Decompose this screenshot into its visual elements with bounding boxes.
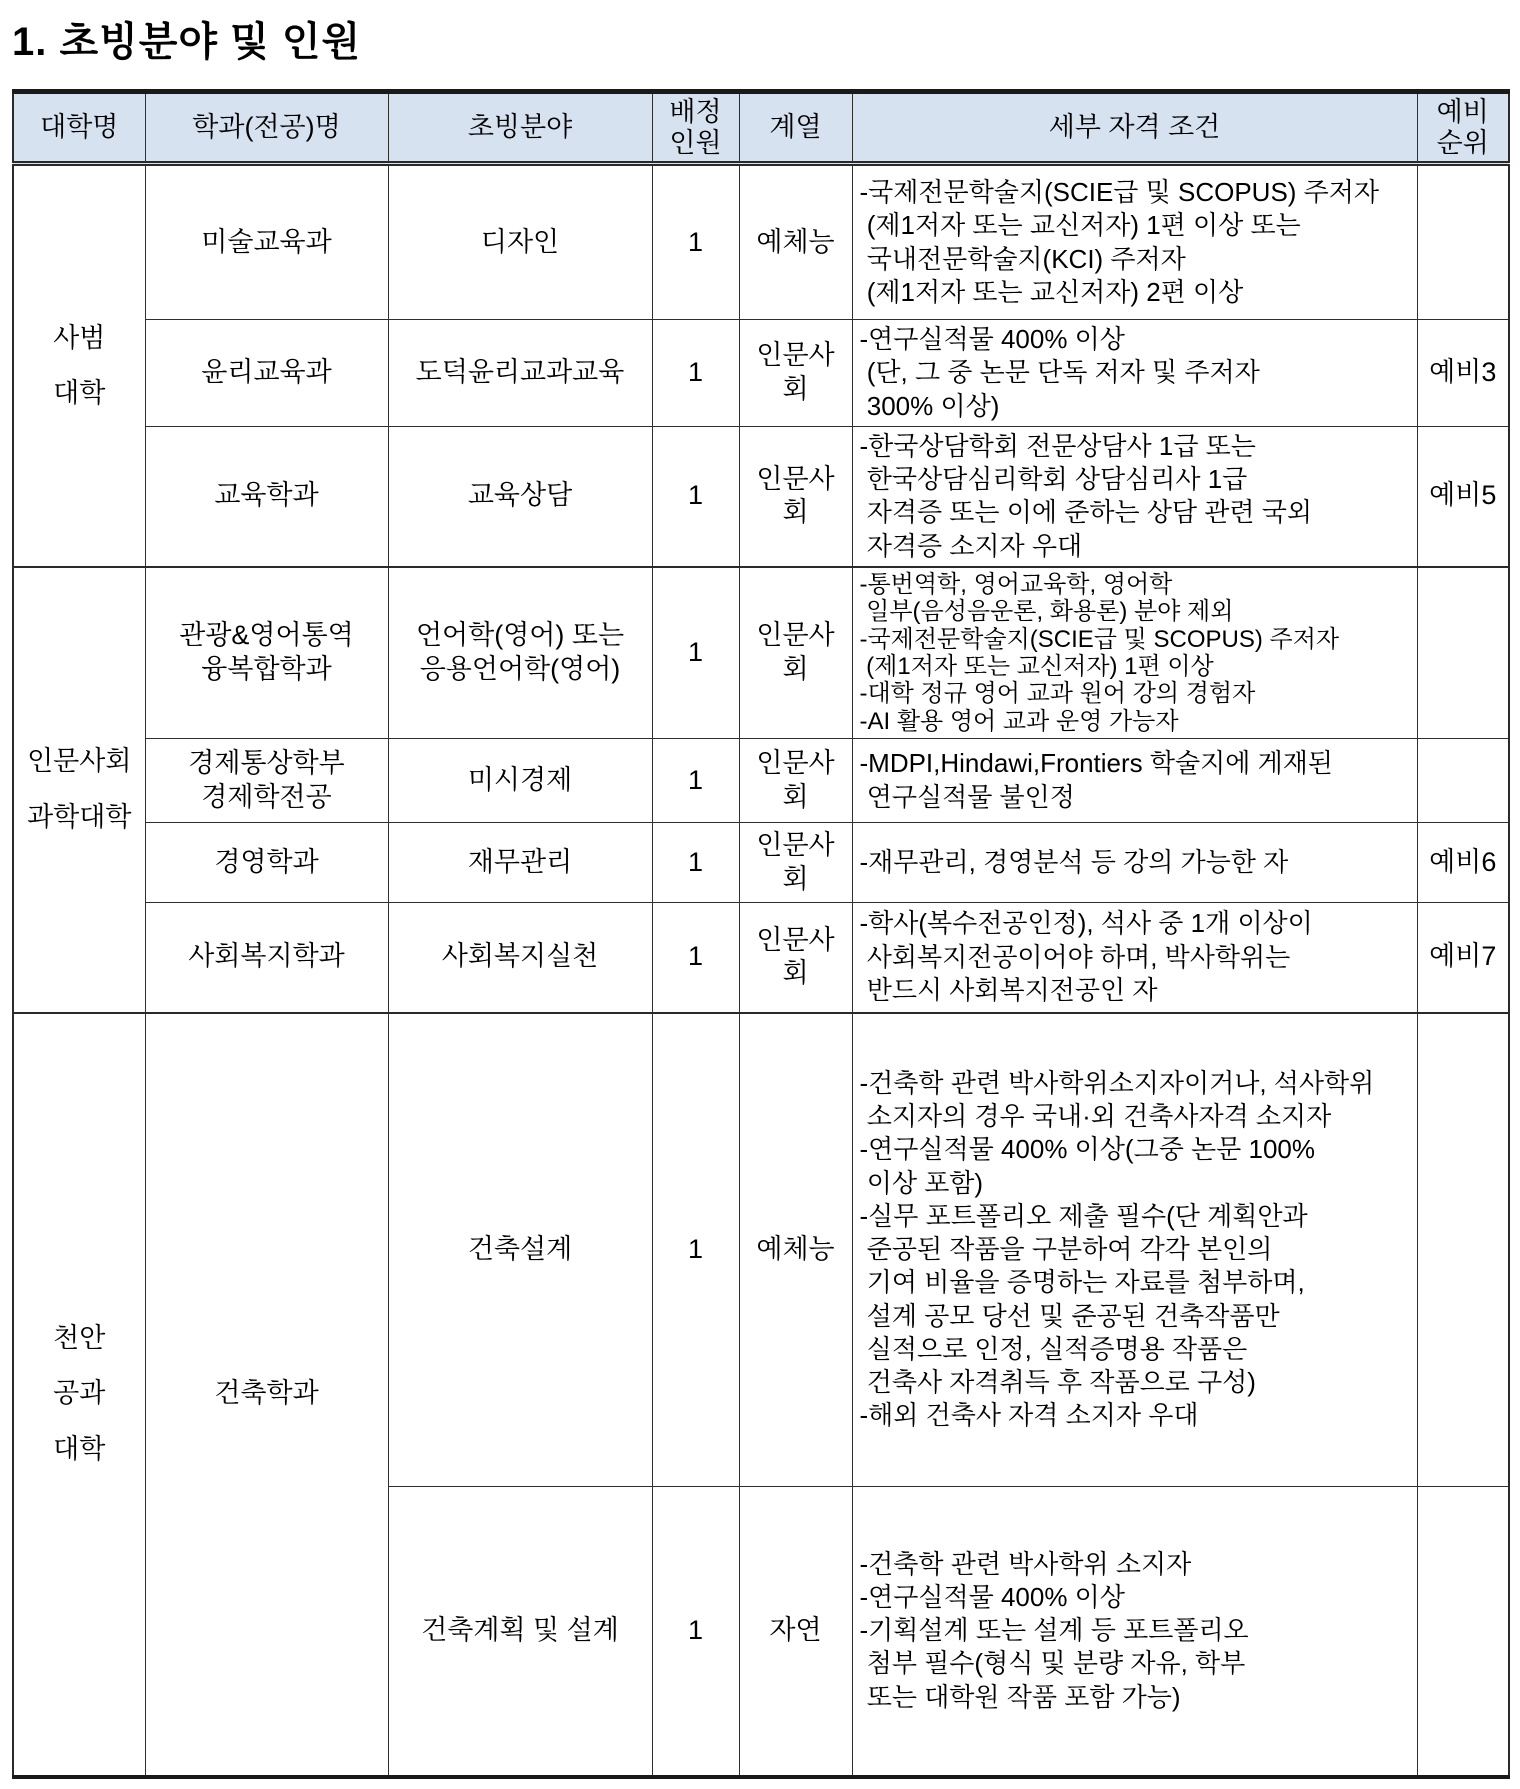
- field-cell: 도덕윤리교과교육: [388, 320, 652, 427]
- count-cell: 1: [652, 1013, 739, 1487]
- dept-cell: 건축학과: [145, 1013, 388, 1777]
- field-cell: 디자인: [388, 164, 652, 320]
- header-count: 배정 인원: [652, 92, 739, 164]
- track-cell: 인문사회: [739, 320, 852, 427]
- count-cell: 1: [652, 739, 739, 823]
- reserve-cell: [1417, 739, 1509, 823]
- field-cell: 건축계획 및 설계: [388, 1487, 652, 1777]
- document-page: 1. 초빙분야 및 인원 대학명 학과(전공)명 초빙분야 배정 인원 계열 세…: [0, 0, 1520, 1789]
- track-cell: 자연: [739, 1487, 852, 1777]
- field-cell: 언어학(영어) 또는 응용언어학(영어): [388, 567, 652, 739]
- quals-cell: -통번역학, 영어교육학, 영어학 일부(음성음운론, 화용론) 분야 제외 -…: [852, 567, 1417, 739]
- count-cell: 1: [652, 426, 739, 567]
- recruitment-table: 대학명 학과(전공)명 초빙분야 배정 인원 계열 세부 자격 조건 예비 순위…: [12, 89, 1510, 1779]
- reserve-cell: 예비3: [1417, 320, 1509, 427]
- page-title: 1. 초빙분야 및 인원: [12, 10, 1508, 67]
- header-track: 계열: [739, 92, 852, 164]
- count-cell: 1: [652, 164, 739, 320]
- field-cell: 건축설계: [388, 1013, 652, 1487]
- reserve-cell: [1417, 1487, 1509, 1777]
- quals-cell: -MDPI,Hindawi,Frontiers 학술지에 게재된 연구실적물 불…: [852, 739, 1417, 823]
- field-cell: 재무관리: [388, 823, 652, 903]
- field-cell: 교육상담: [388, 426, 652, 567]
- quals-cell: -건축학 관련 박사학위 소지자 -연구실적물 400% 이상 -기획설계 또는…: [852, 1487, 1417, 1777]
- header-row: 대학명 학과(전공)명 초빙분야 배정 인원 계열 세부 자격 조건 예비 순위: [13, 92, 1509, 164]
- college-cell: 인문사회 과학대학: [13, 567, 145, 1013]
- table-row: 경영학과 재무관리 1 인문사회 -재무관리, 경영분석 등 강의 가능한 자 …: [13, 823, 1509, 903]
- count-cell: 1: [652, 823, 739, 903]
- count-cell: 1: [652, 1487, 739, 1777]
- quals-cell: -한국상담학회 전문상담사 1급 또는 한국상담심리학회 상담심리사 1급 자격…: [852, 426, 1417, 567]
- track-cell: 예체능: [739, 164, 852, 320]
- header-reserve: 예비 순위: [1417, 92, 1509, 164]
- track-cell: 인문사회: [739, 823, 852, 903]
- quals-cell: -국제전문학술지(SCIE급 및 SCOPUS) 주저자 (제1저자 또는 교신…: [852, 164, 1417, 320]
- dept-cell: 교육학과: [145, 426, 388, 567]
- table-row: 인문사회 과학대학 관광&영어통역 융복합학과 언어학(영어) 또는 응용언어학…: [13, 567, 1509, 739]
- track-cell: 인문사회: [739, 903, 852, 1013]
- field-cell: 사회복지실천: [388, 903, 652, 1013]
- count-cell: 1: [652, 320, 739, 427]
- table-row: 사범 대학 미술교육과 디자인 1 예체능 -국제전문학술지(SCIE급 및 S…: [13, 164, 1509, 320]
- table-row: 윤리교육과 도덕윤리교과교육 1 인문사회 -연구실적물 400% 이상 (단,…: [13, 320, 1509, 427]
- reserve-cell: 예비6: [1417, 823, 1509, 903]
- field-cell: 미시경제: [388, 739, 652, 823]
- dept-cell: 관광&영어통역 융복합학과: [145, 567, 388, 739]
- quals-cell: -건축학 관련 박사학위소지자이거나, 석사학위 소지자의 경우 국내·외 건축…: [852, 1013, 1417, 1487]
- track-cell: 인문사회: [739, 739, 852, 823]
- quals-cell: -학사(복수전공인정), 석사 중 1개 이상이 사회복지전공이어야 하며, 박…: [852, 903, 1417, 1013]
- college-cell: 사범 대학: [13, 164, 145, 567]
- track-cell: 인문사회: [739, 426, 852, 567]
- table-row: 천안 공과 대학 건축학과 건축설계 1 예체능 -건축학 관련 박사학위소지자…: [13, 1013, 1509, 1487]
- track-cell: 인문사회: [739, 567, 852, 739]
- dept-cell: 경제통상학부 경제학전공: [145, 739, 388, 823]
- dept-cell: 경영학과: [145, 823, 388, 903]
- quals-cell: -연구실적물 400% 이상 (단, 그 중 논문 단독 저자 및 주저자 30…: [852, 320, 1417, 427]
- track-cell: 예체능: [739, 1013, 852, 1487]
- header-detail: 세부 자격 조건: [852, 92, 1417, 164]
- header-dept: 학과(전공)명: [145, 92, 388, 164]
- header-college: 대학명: [13, 92, 145, 164]
- dept-cell: 미술교육과: [145, 164, 388, 320]
- count-cell: 1: [652, 567, 739, 739]
- dept-cell: 윤리교육과: [145, 320, 388, 427]
- reserve-cell: 예비5: [1417, 426, 1509, 567]
- reserve-cell: [1417, 164, 1509, 320]
- reserve-cell: [1417, 1013, 1509, 1487]
- table-row: 교육학과 교육상담 1 인문사회 -한국상담학회 전문상담사 1급 또는 한국상…: [13, 426, 1509, 567]
- table-row: 사회복지학과 사회복지실천 1 인문사회 -학사(복수전공인정), 석사 중 1…: [13, 903, 1509, 1013]
- dept-cell: 사회복지학과: [145, 903, 388, 1013]
- reserve-cell: 예비7: [1417, 903, 1509, 1013]
- college-cell: 천안 공과 대학: [13, 1013, 145, 1777]
- reserve-cell: [1417, 567, 1509, 739]
- header-field: 초빙분야: [388, 92, 652, 164]
- count-cell: 1: [652, 903, 739, 1013]
- table-row: 경제통상학부 경제학전공 미시경제 1 인문사회 -MDPI,Hindawi,F…: [13, 739, 1509, 823]
- quals-cell: -재무관리, 경영분석 등 강의 가능한 자: [852, 823, 1417, 903]
